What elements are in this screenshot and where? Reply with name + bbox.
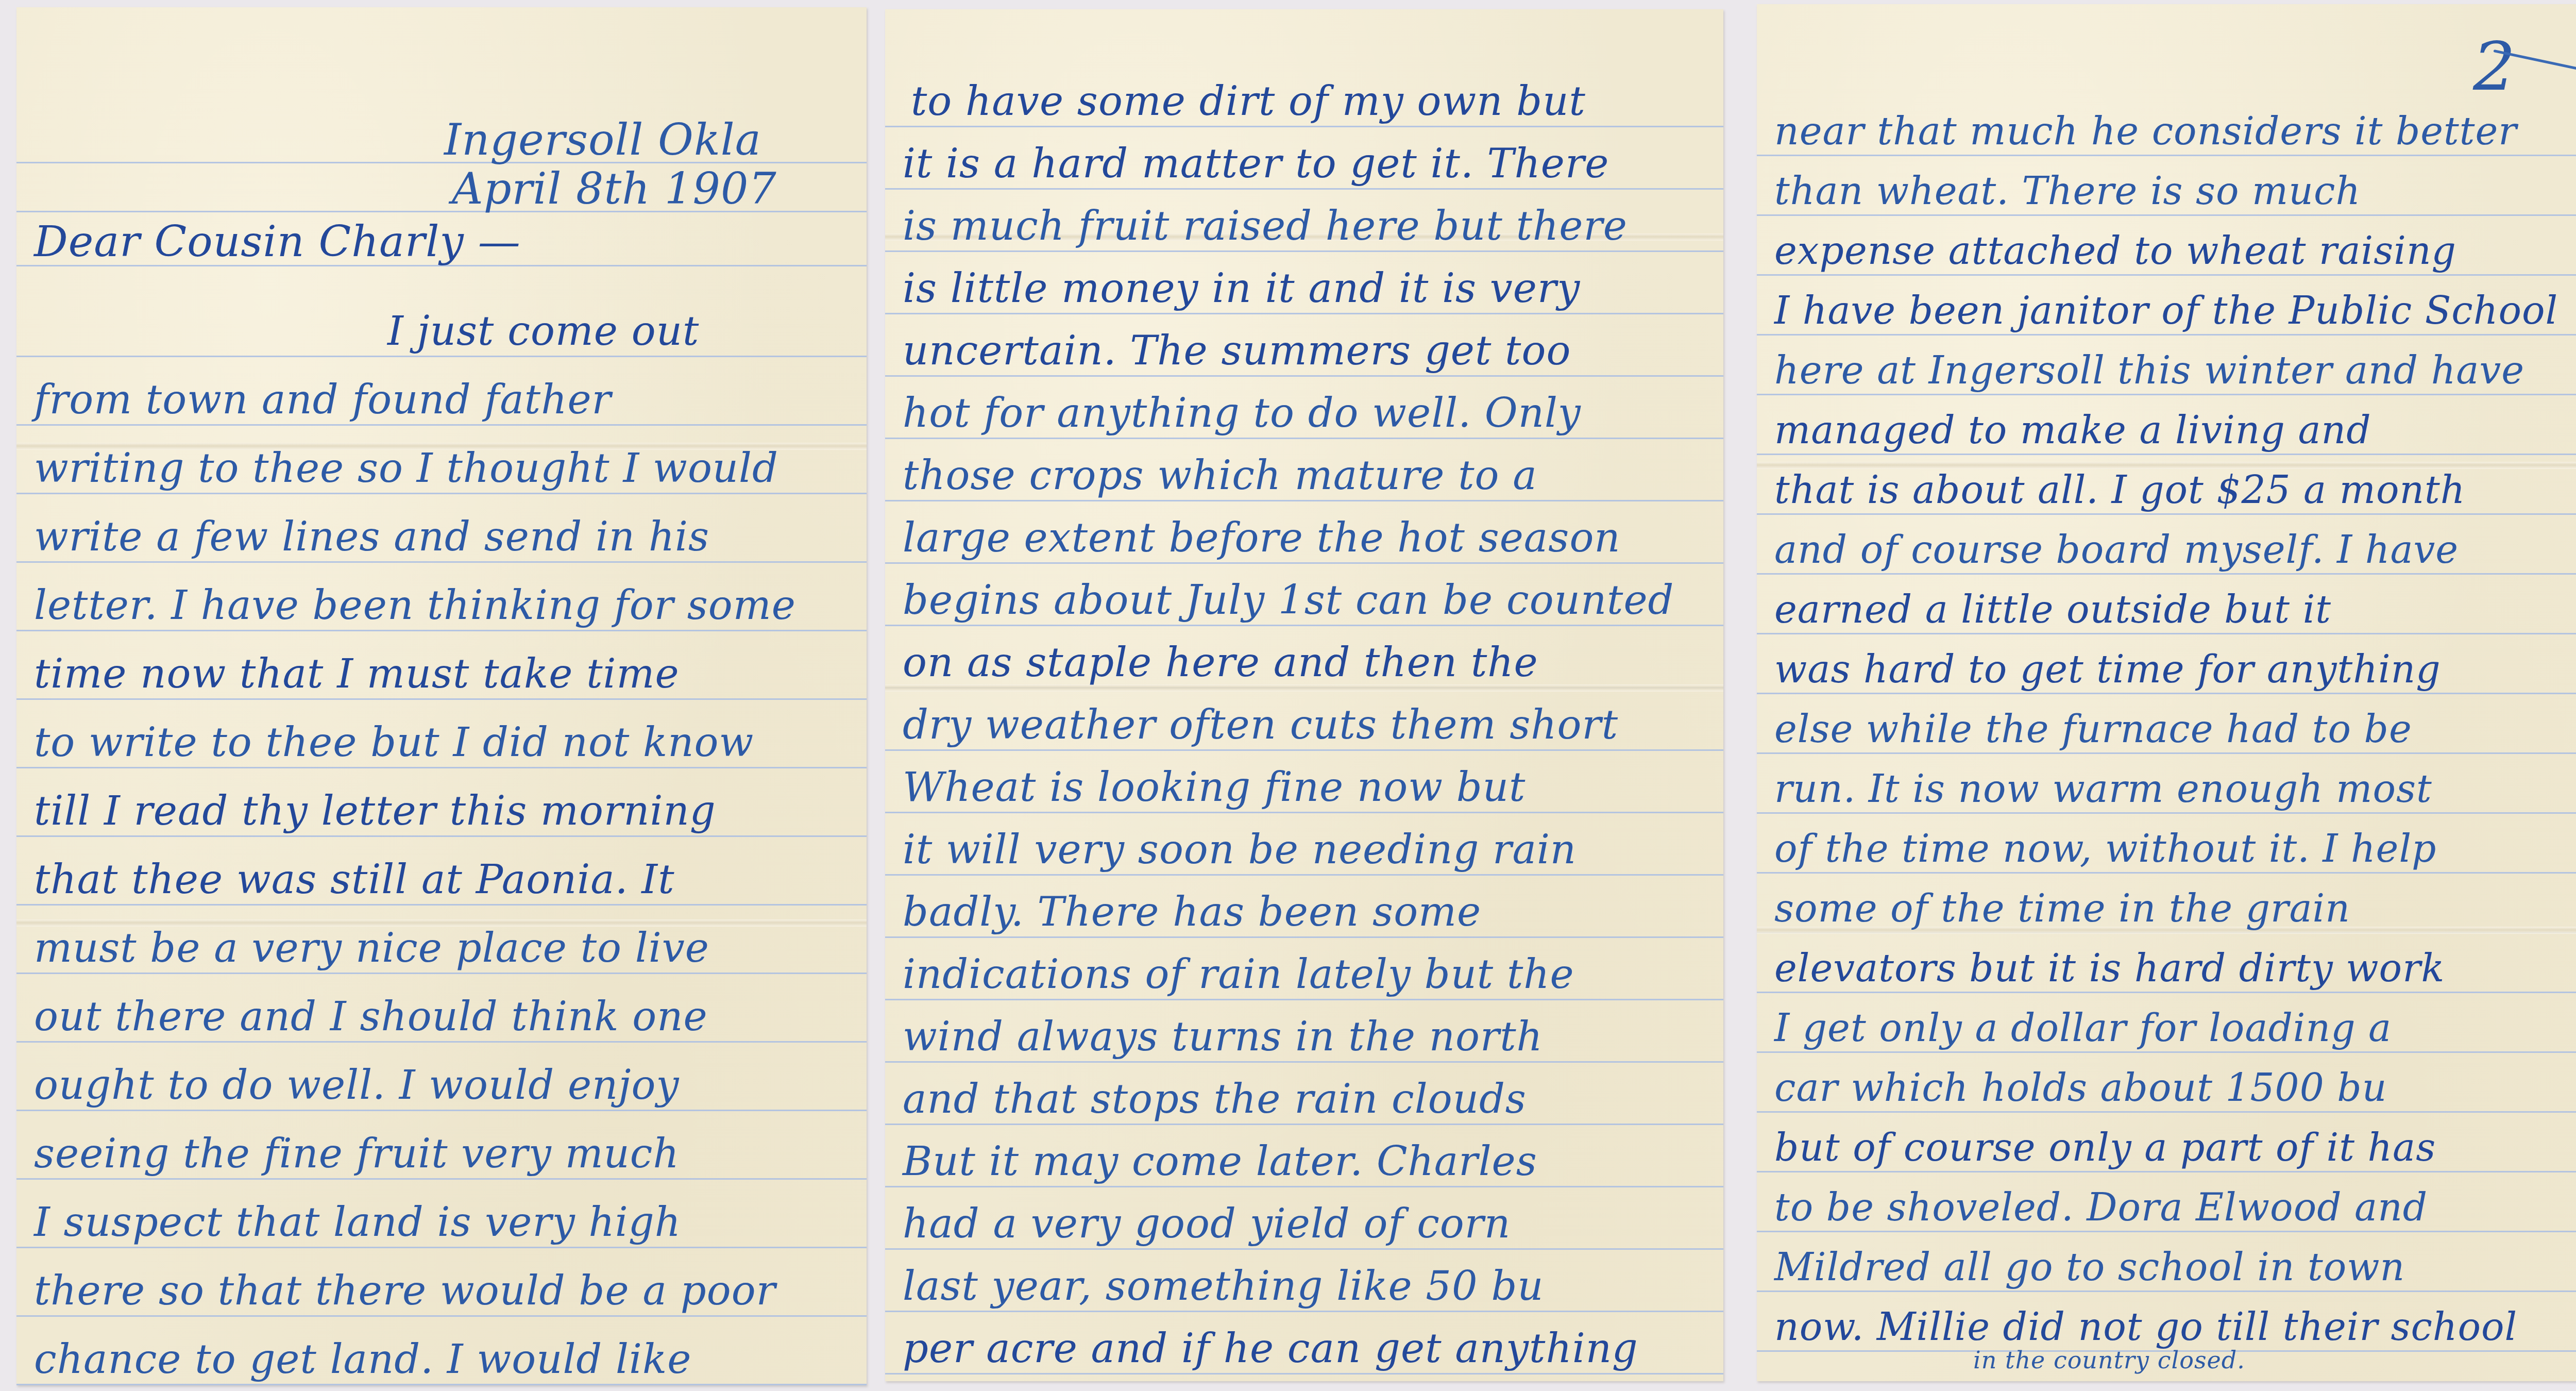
letter-date: April 8th 1907 — [452, 167, 777, 210]
rule-line — [16, 630, 867, 631]
letter-line: indications of rain lately but the — [903, 954, 1574, 995]
letter-line: and that stops the rain clouds — [903, 1079, 1527, 1119]
rule-line — [1757, 274, 2576, 276]
rule-line — [16, 698, 867, 700]
letter-line: large extent before the hot season — [903, 518, 1621, 558]
letter-line: had a very good yield of corn — [903, 1204, 1511, 1244]
rule-line — [1757, 633, 2576, 634]
letter-line: out there and I should think one — [34, 997, 708, 1037]
letter-line: than wheat. There is so much — [1774, 172, 2361, 210]
rule-line — [885, 1311, 1723, 1312]
rule-line — [16, 767, 867, 768]
rule-line — [885, 874, 1723, 876]
letter-line: and of course board myself. I have — [1774, 531, 2459, 569]
letter-line: to be shoveled. Dora Elwood and — [1774, 1188, 2428, 1227]
letter-line: chance to get land. I would like — [34, 1339, 691, 1380]
letter-line: I suspect that land is very high — [34, 1202, 681, 1243]
rule-line — [1757, 214, 2576, 216]
rule-line — [885, 1186, 1723, 1187]
letter-line: of the time now, without it. I help — [1774, 830, 2436, 868]
letter-line: run. It is now warm enough most — [1774, 770, 2432, 808]
letter-line: earned a little outside but it — [1774, 591, 2331, 629]
letter-line: it will very soon be needing rain — [903, 830, 1577, 870]
rule-line — [16, 835, 867, 837]
letter-line: badly. There has been some — [903, 892, 1481, 932]
letter-line: some of the time in the grain — [1774, 890, 2350, 928]
letter-line: elevators but it is hard dirty work — [1774, 949, 2445, 987]
rule-line — [885, 126, 1723, 127]
rule-line — [885, 812, 1723, 813]
rule-line — [16, 1041, 867, 1043]
letter-line: wind always turns in the north — [903, 1017, 1543, 1057]
letter-line: there so that there would be a poor — [34, 1271, 776, 1311]
rule-line — [885, 562, 1723, 564]
letter-page-2: to have some dirt of my own but it is a … — [885, 9, 1723, 1381]
rule-line — [1757, 454, 2576, 455]
letter-line: is little money in it and it is very — [903, 269, 1580, 309]
rule-line — [16, 1178, 867, 1180]
rule-line — [1757, 693, 2576, 694]
rule-line — [885, 375, 1723, 377]
letter-line: that is about all. I got $25 a month — [1774, 471, 2466, 509]
rule-line — [1757, 812, 2576, 814]
letter-line: dry weather often cuts them short — [903, 705, 1618, 745]
letter-line: uncertain. The summers get too — [903, 331, 1571, 371]
rule-line — [1757, 1111, 2576, 1113]
rule-line — [1757, 155, 2576, 156]
rule-line — [885, 1061, 1723, 1063]
rule-line — [885, 749, 1723, 751]
letter-line: last year, something like 50 bu — [903, 1266, 1544, 1306]
letter-line: else while the furnace had to be — [1774, 710, 2412, 748]
letter-line: hot for anything to do well. Only — [903, 393, 1581, 433]
letter-line: that thee was still at Paonia. It — [34, 860, 675, 900]
rule-line — [885, 250, 1723, 252]
rule-line — [1757, 394, 2576, 395]
letter-line: those crops which mature to a — [903, 456, 1537, 496]
letter-line: to write to thee but I did not know — [34, 723, 754, 763]
letter-line: is much fruit raised here but there — [903, 206, 1628, 246]
rule-line — [885, 1248, 1723, 1250]
letter-line: from town and found father — [34, 380, 612, 420]
letter-line: But it may come later. Charles — [903, 1142, 1537, 1182]
letter-line: begins about July 1st can be counted — [903, 580, 1674, 621]
rule-line — [1757, 573, 2576, 575]
letter-line: write a few lines and send in his — [34, 517, 709, 557]
letter-line: I have been janitor of the Public School — [1774, 292, 2558, 330]
letter-line: Wheat is looking fine now but — [903, 767, 1526, 808]
page-number-mark: 2 — [2473, 27, 2516, 106]
letter-line: on as staple here and then the — [903, 643, 1538, 683]
rule-line — [16, 1384, 867, 1385]
rule-line — [16, 493, 867, 494]
rule-line — [16, 424, 867, 426]
letter-page-3: 2 near that much he considers it better … — [1757, 4, 2576, 1381]
rule-line — [885, 1373, 1723, 1375]
rule-line — [1757, 992, 2576, 993]
letter-line: car which holds about 1500 bu — [1774, 1069, 2387, 1107]
letter-line: to have some dirt of my own but — [911, 81, 1586, 122]
letter-line: must be a very nice place to live — [34, 928, 709, 968]
rule-line — [1757, 1231, 2576, 1232]
rule-line — [885, 500, 1723, 501]
rule-line — [885, 1124, 1723, 1125]
letter-place: Ingersoll Okla — [444, 118, 761, 161]
rule-line — [1757, 513, 2576, 515]
rule-line — [16, 1247, 867, 1248]
interlinear-note: in the country closed. — [1973, 1348, 2245, 1372]
rule-line — [1757, 334, 2576, 336]
letter-line: time now that I must take time — [34, 654, 680, 694]
rule-line — [885, 188, 1723, 190]
letter-line: till I read thy letter this morning — [34, 791, 716, 831]
letter-line: managed to make a living and — [1774, 411, 2371, 449]
rule-line — [1757, 1051, 2576, 1053]
letter-line: now. Millie did not go till their school — [1774, 1308, 2517, 1346]
letter-line: seeing the fine fruit very much — [34, 1134, 680, 1174]
rule-line — [16, 904, 867, 906]
letter-line: near that much he considers it better — [1774, 112, 2517, 150]
letter-line: but of course only a part of it has — [1774, 1129, 2436, 1167]
rule-line — [16, 973, 867, 974]
letter-line: here at Ingersoll this winter and have — [1774, 351, 2524, 390]
rule-line — [885, 936, 1723, 938]
letter-line: letter. I have been thinking for some — [34, 585, 796, 626]
rule-line — [885, 625, 1723, 626]
letter-line: was hard to get time for anything — [1774, 650, 2441, 689]
letter-line: I just come out — [387, 311, 699, 351]
letter-line: Mildred all go to school in town — [1774, 1248, 2405, 1286]
letter-line: expense attached to wheat raising — [1774, 232, 2456, 270]
rule-line — [885, 313, 1723, 314]
rule-line — [16, 561, 867, 563]
letter-line: ought to do well. I would enjoy — [34, 1065, 680, 1105]
rule-line — [16, 1110, 867, 1111]
letter-line: I get only a dollar for loading a — [1774, 1009, 2392, 1047]
letter-line: it is a hard matter to get it. There — [903, 144, 1609, 184]
rule-line — [16, 1315, 867, 1317]
letter-line: writing to thee so I thought I would — [34, 448, 778, 489]
rule-line — [885, 438, 1723, 439]
letter-page-1: Ingersoll Okla April 8th 1907 Dear Cousi… — [16, 7, 867, 1385]
letter-line: per acre and if he can get anything — [903, 1329, 1638, 1369]
rule-line — [1757, 1291, 2576, 1292]
rule-line — [1757, 872, 2576, 874]
rule-line — [1757, 752, 2576, 754]
letter-salutation: Dear Cousin Charly — — [34, 221, 521, 263]
rule-line — [16, 356, 867, 357]
rule-line — [885, 999, 1723, 1000]
rule-line — [1757, 1171, 2576, 1172]
